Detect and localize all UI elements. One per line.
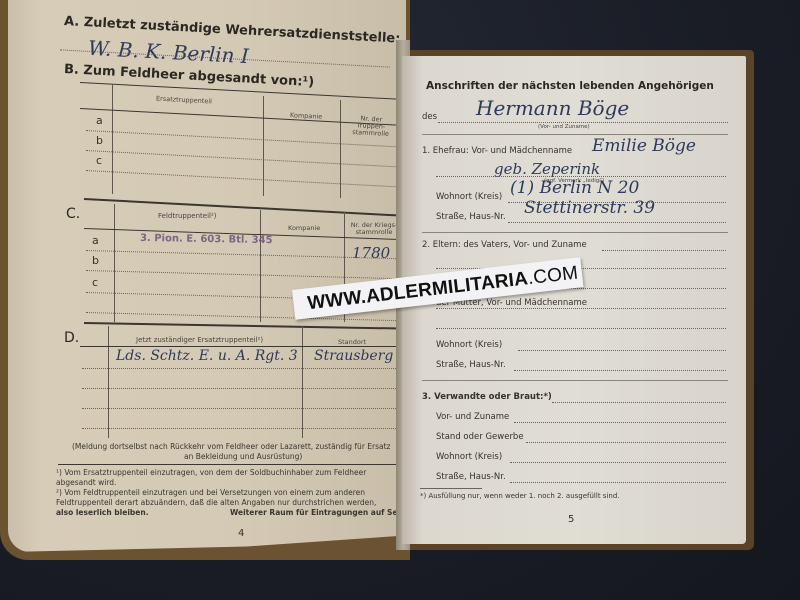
section-b-heading: B. Zum Feldheer abgesandt von:¹) (64, 62, 315, 90)
section-2-mother-line (436, 308, 726, 309)
watermark-text-light: .COM (527, 263, 579, 290)
owner-name-line (438, 122, 728, 123)
section-2-father-line (602, 250, 726, 251)
section-3-stand-line (526, 442, 726, 443)
section-c-bottom-rule (84, 322, 400, 330)
section-c-col-kriegsstammrolle: Nr. der Kriegs-stammrolle (350, 222, 398, 236)
section-d-label: D. (64, 330, 79, 346)
section-d-col-divider-1 (108, 326, 109, 438)
footnote-rule (58, 464, 400, 465)
divider-2 (422, 232, 728, 233)
section-c-dotted-row-2 (86, 270, 398, 279)
footnote-2-line-3: also leserlich bleiben. (56, 508, 149, 517)
section-d-col-standort: Standort (338, 338, 366, 346)
section-c-col-feldtruppenteil: Feldtruppenteil²) (158, 212, 217, 220)
section-3-label: 3. Verwandte oder Braut:*) (422, 392, 552, 402)
section-b-row-a: a (96, 114, 103, 127)
section-b-bottom-rule (84, 198, 400, 217)
section-1-name-line (436, 176, 726, 177)
section-2-label: 2. Eltern: des Vaters, Vor- und Zuname (422, 240, 587, 250)
wife-city: (1) Berlin N 20 (510, 178, 639, 198)
section-3-strasse-line (510, 482, 726, 483)
footnote-1-line-1: ¹) Vom Ersatztruppenteil einzutragen, vo… (56, 468, 366, 477)
footnote-2-line-1: ²) Vom Feldtruppenteil einzutragen und b… (56, 488, 365, 497)
section-b-dotted-row-2 (86, 150, 396, 167)
des-label: des (422, 112, 437, 122)
section-d-header-rule (80, 346, 400, 347)
section-3-name-label: Vor- und Zuname (436, 412, 509, 422)
kriegsstammrolle-number: 1780 (352, 244, 390, 262)
section-3-name-line (514, 422, 726, 423)
section-d-note-line-2: an Bekleidung und Ausrüstung) (184, 452, 302, 461)
section-2-wohnort-line (518, 350, 726, 351)
section-1-label: 1. Ehefrau: Vor- und Mädchenname (422, 146, 572, 156)
section-1-strasse-line (508, 222, 726, 223)
right-footnote: *) Ausfüllung nur, wenn weder 1. noch 2.… (420, 492, 620, 500)
section-1-strasse-label: Straße, Haus-Nr. (436, 212, 506, 222)
right-page-number: 5 (568, 514, 574, 525)
section-2-strasse-line (514, 370, 726, 371)
divider-1 (422, 134, 728, 135)
section-b-col-divider-2 (263, 96, 264, 196)
unit-stamp: 3. Pion. E. 603. Btl. 345 (140, 233, 273, 246)
section-d-dotted-row-1 (82, 368, 400, 369)
section-d-dotted-row-3 (82, 408, 400, 409)
section-3-stand-label: Stand oder Gewerbe (436, 432, 524, 442)
section-3-strasse-label: Straße, Haus-Nr. (436, 472, 506, 482)
owner-name-caption: (Vor- und Zuname) (538, 124, 590, 130)
section-a-label: A. (64, 14, 80, 30)
divider-3 (422, 380, 728, 381)
section-2-mother-line-2 (436, 328, 726, 329)
current-unit-location: Strausberg (314, 348, 393, 364)
current-replacement-unit: Lds. Schtz. E. u. A. Rgt. 3 (116, 348, 298, 364)
section-b-dotted-row-3 (86, 170, 396, 187)
section-b-row-b: b (96, 134, 103, 147)
left-page: A. Zuletzt zuständige Wehrersatzdienstst… (8, 0, 406, 552)
section-c-label: C. (66, 206, 80, 222)
section-c-col-divider-2 (260, 210, 261, 322)
section-b-col-stammrolle: Nr. der Truppen-stammrolle (345, 115, 396, 139)
section-b-title: Zum Feldheer abgesandt von:¹) (83, 63, 314, 90)
section-d-dotted-row-2 (82, 388, 400, 389)
section-b-col-divider-1 (112, 84, 113, 194)
section-2-wohnort-label: Wohnort (Kreis) (436, 340, 502, 350)
section-3-wohnort-line (510, 462, 726, 463)
footnote-rule-right (420, 488, 482, 489)
section-d-col-ersatztruppenteil: Jetzt zuständiger Ersatztruppenteil²) (136, 336, 263, 344)
section-b-col-ersatztruppenteil: Ersatztruppenteil (156, 95, 212, 106)
section-1-wohnort-label: Wohnort (Kreis) (436, 192, 502, 202)
footnote-1-line-2: abgesandt wird. (56, 478, 116, 487)
owner-name: Hermann Böge (476, 96, 629, 120)
section-b-label: B. (64, 62, 80, 78)
section-3-line (552, 402, 726, 403)
section-c-col-divider-1 (114, 204, 115, 322)
section-c-row-b: b (92, 254, 99, 267)
right-page-title: Anschriften der nächsten lebenden Angehö… (426, 80, 714, 92)
footnote-2-line-2: Feldtruppenteil derart abzuändern, daß d… (56, 498, 376, 507)
wife-street: Stettinerstr. 39 (524, 198, 655, 218)
section-c-col-kompanie: Kompanie (288, 224, 320, 232)
wife-name: Emilie Böge (592, 136, 696, 156)
section-d-note-line-1: (Meldung dortselbst nach Rückkehr vom Fe… (72, 442, 391, 451)
section-b-row-c: c (96, 154, 102, 167)
section-2-strasse-label: Straße, Haus-Nr. (436, 360, 506, 370)
left-page-number: 4 (238, 528, 244, 539)
section-d-dotted-row-4 (82, 428, 400, 429)
section-c-row-c: c (92, 276, 98, 289)
section-3-wohnort-label: Wohnort (Kreis) (436, 452, 502, 462)
section-c-row-a: a (92, 234, 99, 247)
section-d-col-divider-2 (302, 326, 303, 438)
